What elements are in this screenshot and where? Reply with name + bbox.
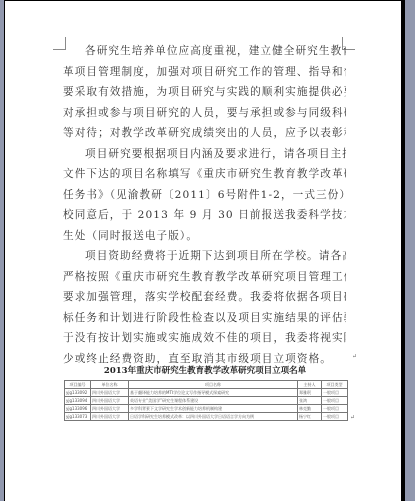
cell-project-id: yjg133096 — [65, 405, 91, 413]
paragraph-1: 各研究生培养单位应高度重视，建立健全研究生教育教学改 革项目管理制度，加强对项目… — [63, 41, 346, 144]
text-line: 革项目管理制度，加强对项目研究工作的管理、指导和督促检查 — [63, 62, 346, 83]
paragraph-mark: ↵ — [352, 353, 357, 360]
cell-unit-name: 四川外国语大学 — [91, 389, 129, 397]
cell-project-name: 多学科背景下文学研究生学术创新能力培养机制构建 — [129, 405, 298, 413]
header-project-id: 项目编号 — [65, 381, 91, 389]
text-line: 生处（同时报送电子版）。 — [63, 226, 346, 247]
table-row: yjg133092 四川外国语大学 基于翻译能力培养的MTI学位论文写作指导模式… — [65, 389, 348, 397]
text-line: 要采取有效措施，为项目研究与实践的顺利实施提供必要条件； — [63, 82, 346, 103]
cell-project-type: 一般项目 — [322, 389, 348, 397]
cell-project-type: 一般项目 — [322, 405, 348, 413]
text-line: 任务书》（见渝教研〔2011〕6号附件1-2，一式三份），经所在学 — [63, 185, 346, 206]
text-line: 校同意后，于 2013 年 9 月 30 日前报送我委科学技术和学位研究 — [63, 205, 346, 226]
text-line: 项目资助经费将于近期下达到项目所在学校。请各高等学校 — [63, 246, 346, 267]
header-host: 主持人 — [298, 381, 322, 389]
paragraph-3: 项目资助经费将于近期下达到项目所在学校。请各高等学校 严格按照《重庆市研究生教育… — [63, 246, 346, 369]
cell-project-name: 日语学科研究生培养模式改革：以四川外国语大学日语语言学方向为例 — [129, 413, 298, 421]
cell-unit-name: 四川外国语大学 — [91, 397, 129, 405]
text-line: 各研究生培养单位应高度重视，建立健全研究生教育教学改 — [63, 41, 346, 62]
page-shadow — [401, 0, 405, 501]
text-line: 要求加强管理，落实学校配套经费。我委将依据各项目确立的目 — [63, 287, 346, 308]
cell-unit-name: 四川外国语大学 — [91, 413, 129, 421]
cell-host: 林克勤 — [298, 405, 322, 413]
text-line: 严格按照《重庆市研究生教育教学改革研究项目管理工作指南》 — [63, 267, 346, 288]
header-project-type: 项目类型 — [322, 381, 348, 389]
cell-host: 张鸿 — [298, 397, 322, 405]
header-project-name: 项目名称 — [129, 381, 298, 389]
cell-project-id: yjg133092 — [65, 389, 91, 397]
cell-project-id: yjg133073 — [65, 413, 91, 421]
text-line: 标任务和计划进行阶段性检查以及项目实施结果的评估验收，对 — [63, 308, 346, 329]
cell-unit-name: 四川外国语大学 — [91, 405, 129, 413]
cell-project-type: 一般项目 — [322, 397, 348, 405]
document-body: 各研究生培养单位应高度重视，建立健全研究生教育教学改 革项目管理制度，加强对项目… — [63, 41, 346, 369]
cell-project-id: yjg133094 — [65, 397, 91, 405]
cell-project-name: 英语专业“美国学”研究生课程体系建设 — [129, 397, 298, 405]
header-unit-name: 单位名称 — [91, 381, 129, 389]
paragraph-mark: ↵ — [350, 414, 355, 421]
table-row: yjg133096 四川外国语大学 多学科背景下文学研究生学术创新能力培养机制构… — [65, 405, 348, 413]
table-row: yjg133094 四川外国语大学 英语专业“美国学”研究生课程体系建设 张鸿 … — [65, 397, 348, 405]
project-list-table: 项目编号 单位名称 项目名称 主持人 项目类型 yjg133092 四川外国语大… — [64, 380, 348, 421]
cell-host: 杨宁红 — [298, 413, 322, 421]
table-header-row: 项目编号 单位名称 项目名称 主持人 项目类型 — [65, 381, 348, 389]
text-line: 等对待；对教学改革研究成绩突出的人员，应予以表彰和奖励。 — [63, 123, 346, 144]
text-line: 于没有按计划实施或实施成效不佳的项目，我委将视实际情况减 — [63, 328, 346, 349]
text-line: 对承担或参与项目研究的人员，要与承担或参与同级科研项目同 — [63, 103, 346, 124]
cell-project-type: 一般项目 — [322, 413, 348, 421]
cell-host: 郑雅珉 — [298, 389, 322, 397]
cell-project-name: 基于翻译能力培养的MTI学位论文写作指导模式探索研究 — [129, 389, 298, 397]
table-row: yjg133073 四川外国语大学 日语学科研究生培养模式改革：以四川外国语大学… — [65, 413, 348, 421]
text-line: 项目研究要根据项目内涵及要求进行，请各项目主持人根据 — [63, 144, 346, 165]
attachment-title: 2013年重庆市研究生教育教学改革研究项目立项名单 — [60, 364, 350, 376]
paragraph-2: 项目研究要根据项目内涵及要求进行，请各项目主持人根据 文件下达的项目名称填写《重… — [63, 144, 346, 247]
text-line: 文件下达的项目名称填写《重庆市研究生教育教学改革研究项目 — [63, 164, 346, 185]
